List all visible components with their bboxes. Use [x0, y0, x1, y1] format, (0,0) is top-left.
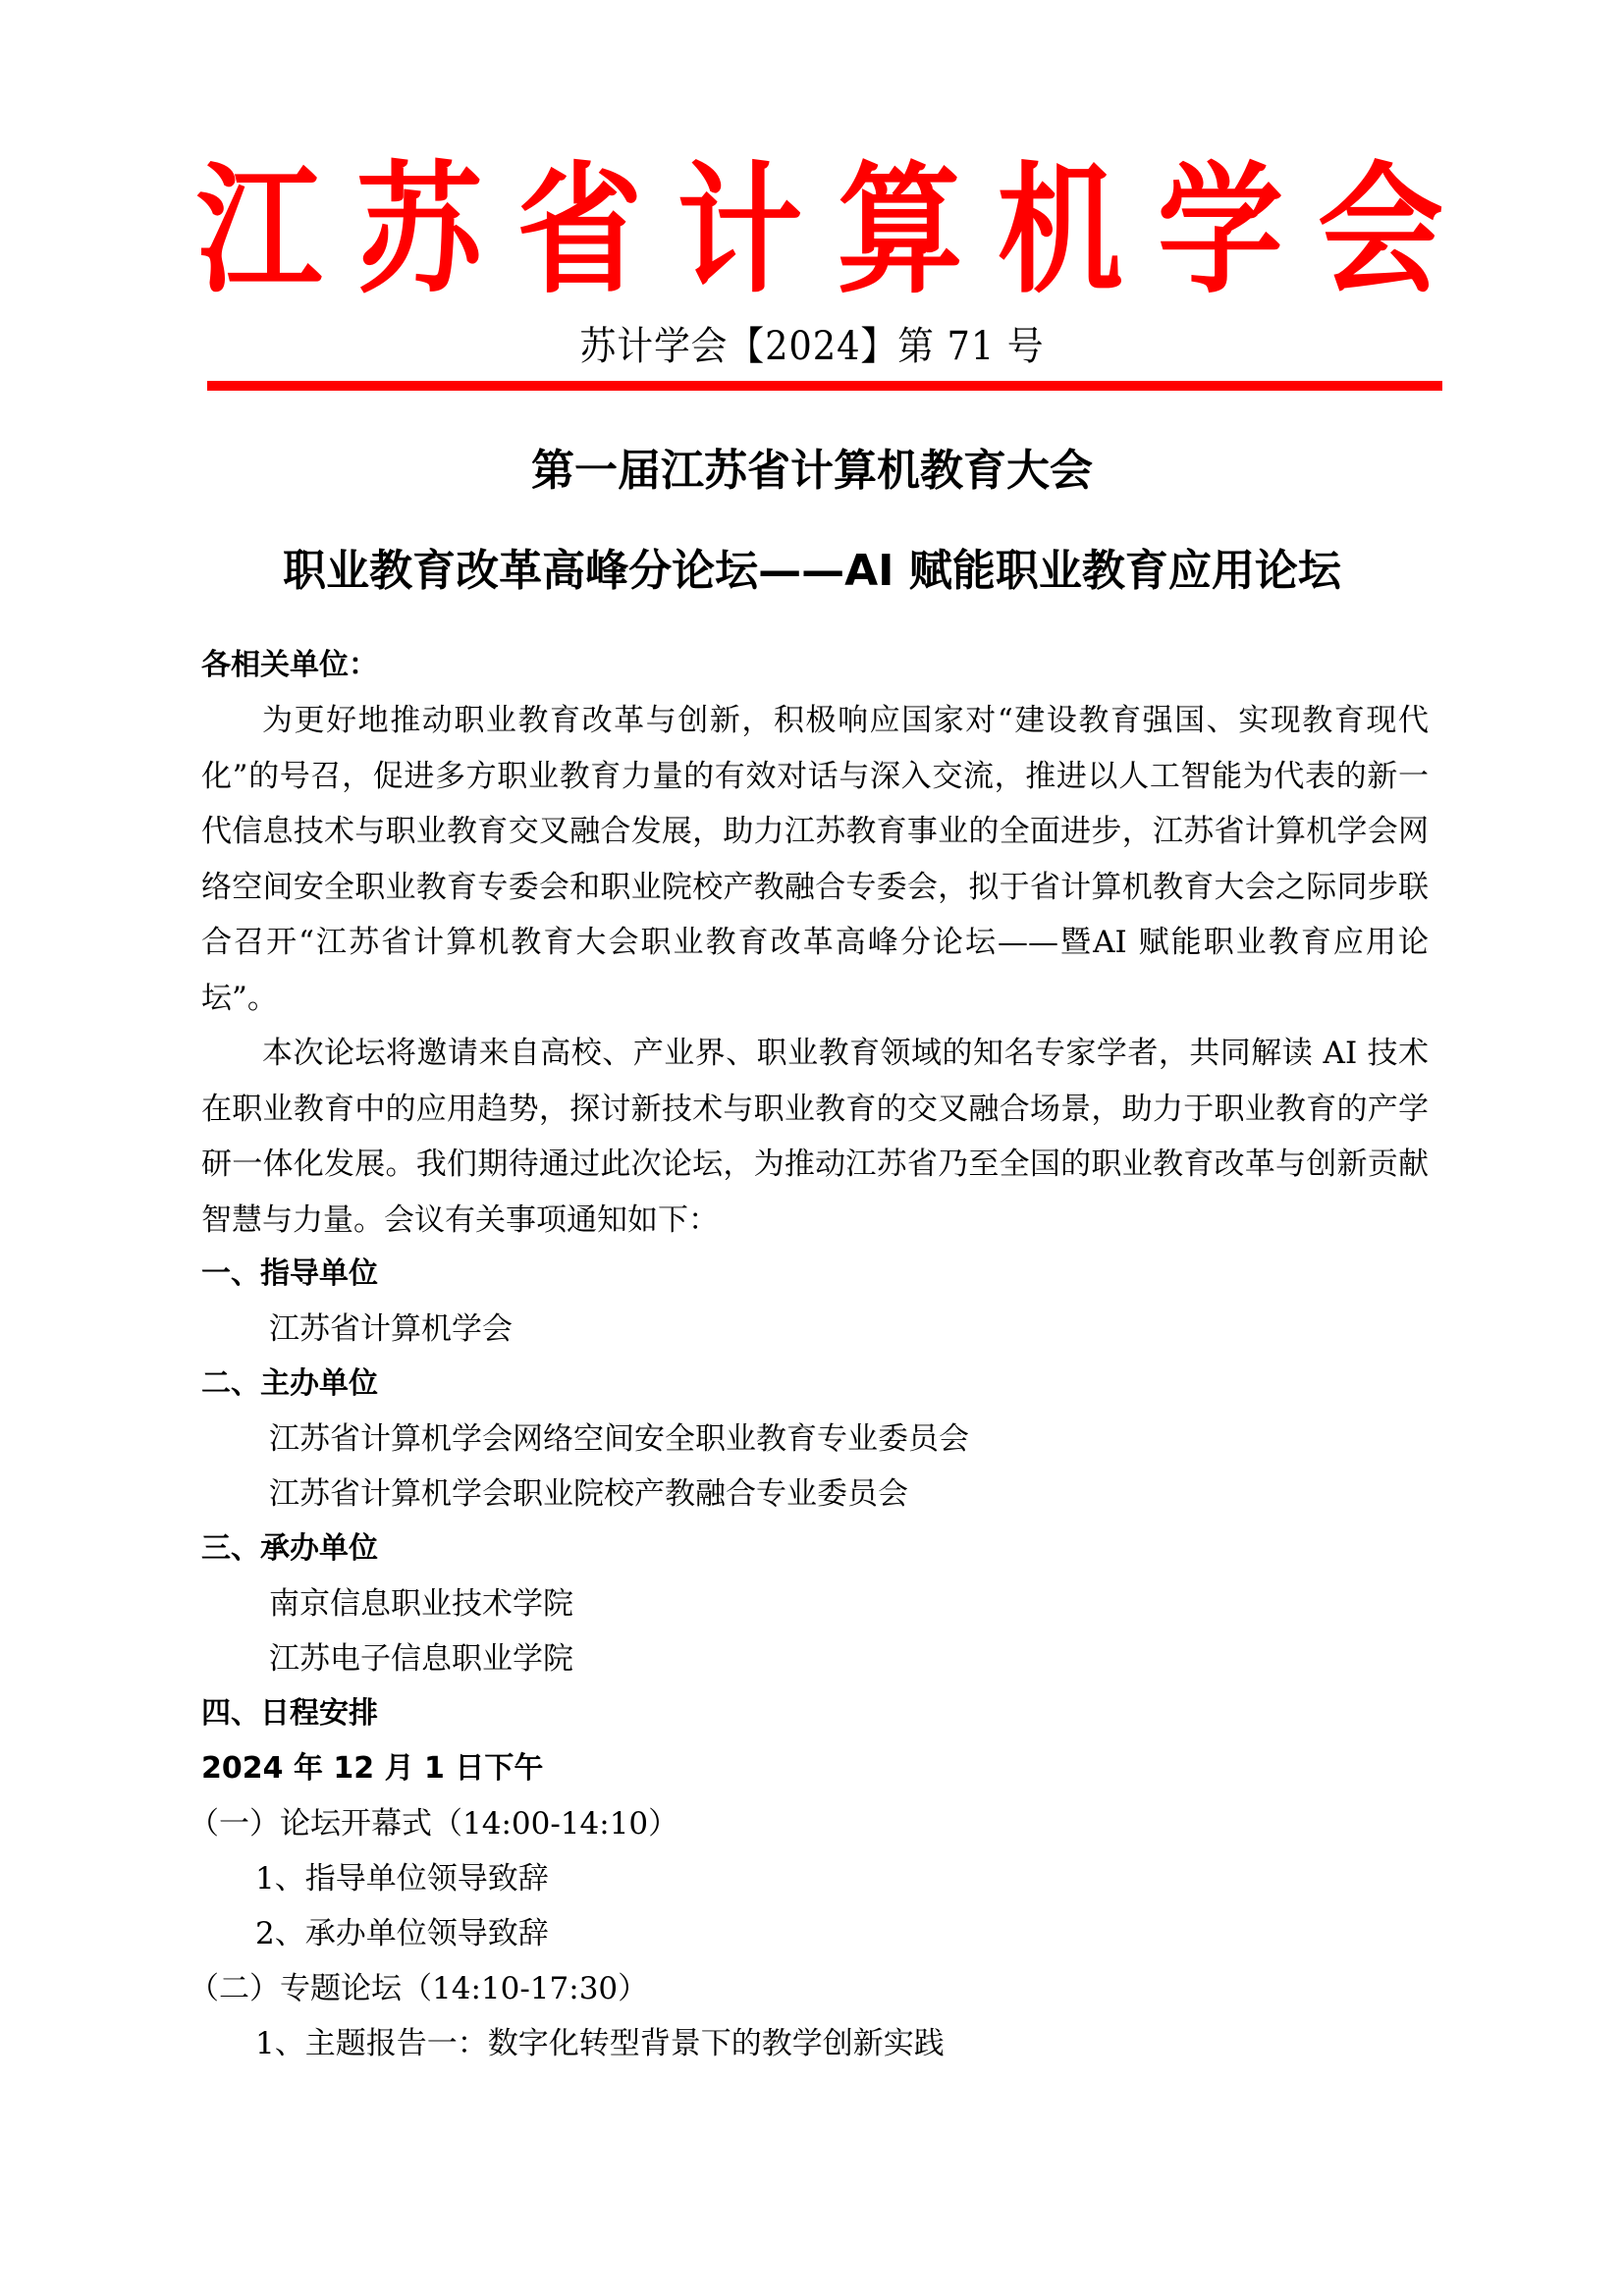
- masthead-char: 机: [998, 148, 1123, 313]
- document-title-line2: 职业教育改革高峰分论坛——AI 赋能职业教育应用论坛: [0, 544, 1624, 599]
- document-title-line1: 第一届江苏省计算机教育大会: [0, 444, 1624, 499]
- guide-unit: 江苏省计算机学会: [269, 1302, 1496, 1357]
- organizer-unit: 南京信息职业技术学院: [269, 1576, 1496, 1631]
- salutation: 各相关单位：: [201, 638, 1429, 693]
- document-number: 苏计学会【2024】第 71 号: [65, 322, 1559, 371]
- masthead-title: 江 苏 省 计 算 机 学 会: [196, 148, 1443, 313]
- masthead-char: 苏: [356, 148, 482, 313]
- host-unit: 江苏省计算机学会职业院校产教融合专业委员会: [269, 1467, 1496, 1522]
- masthead-char: 算: [838, 148, 963, 313]
- schedule-part-title: （二）专题论坛（14:10-17:30）: [189, 1961, 1416, 2016]
- masthead-char: 会: [1318, 148, 1443, 313]
- section-heading-host: 二、主办单位: [201, 1357, 1429, 1412]
- schedule-part-title: （一）论坛开幕式（14:00-14:10）: [189, 1796, 1416, 1851]
- section-heading-guide: 一、指导单位: [201, 1247, 1429, 1302]
- masthead-char: 计: [677, 148, 802, 313]
- section-heading-schedule: 四、日程安排: [201, 1686, 1429, 1741]
- schedule-item: 1、主题报告一：数字化转型背景下的教学创新实践: [255, 2016, 1483, 2071]
- masthead-char: 江: [196, 148, 322, 313]
- host-unit: 江苏省计算机学会网络空间安全职业教育专业委员会: [269, 1412, 1496, 1467]
- document-page: 江 苏 省 计 算 机 学 会 苏计学会【2024】第 71 号 第一届江苏省计…: [0, 0, 1624, 2296]
- schedule-item: 2、承办单位领导致辞: [255, 1906, 1483, 1961]
- paragraph-intro: 为更好地推动职业教育改革与创新，积极响应国家对“建设教育强国、实现教育现代化”的…: [201, 693, 1429, 1026]
- paragraph-forum: 本次论坛将邀请来自高校、产业界、职业教育领域的知名专家学者，共同解读 AI 技术…: [201, 1026, 1429, 1248]
- organizer-unit: 江苏电子信息职业学院: [269, 1631, 1496, 1686]
- red-divider: [207, 381, 1442, 391]
- section-heading-organizer: 三、承办单位: [201, 1522, 1429, 1576]
- masthead-char: 学: [1158, 148, 1283, 313]
- schedule-date: 2024 年 12 月 1 日下午: [201, 1741, 1429, 1796]
- masthead-char: 省: [516, 148, 642, 313]
- schedule-item: 1、指导单位领导致辞: [255, 1851, 1483, 1906]
